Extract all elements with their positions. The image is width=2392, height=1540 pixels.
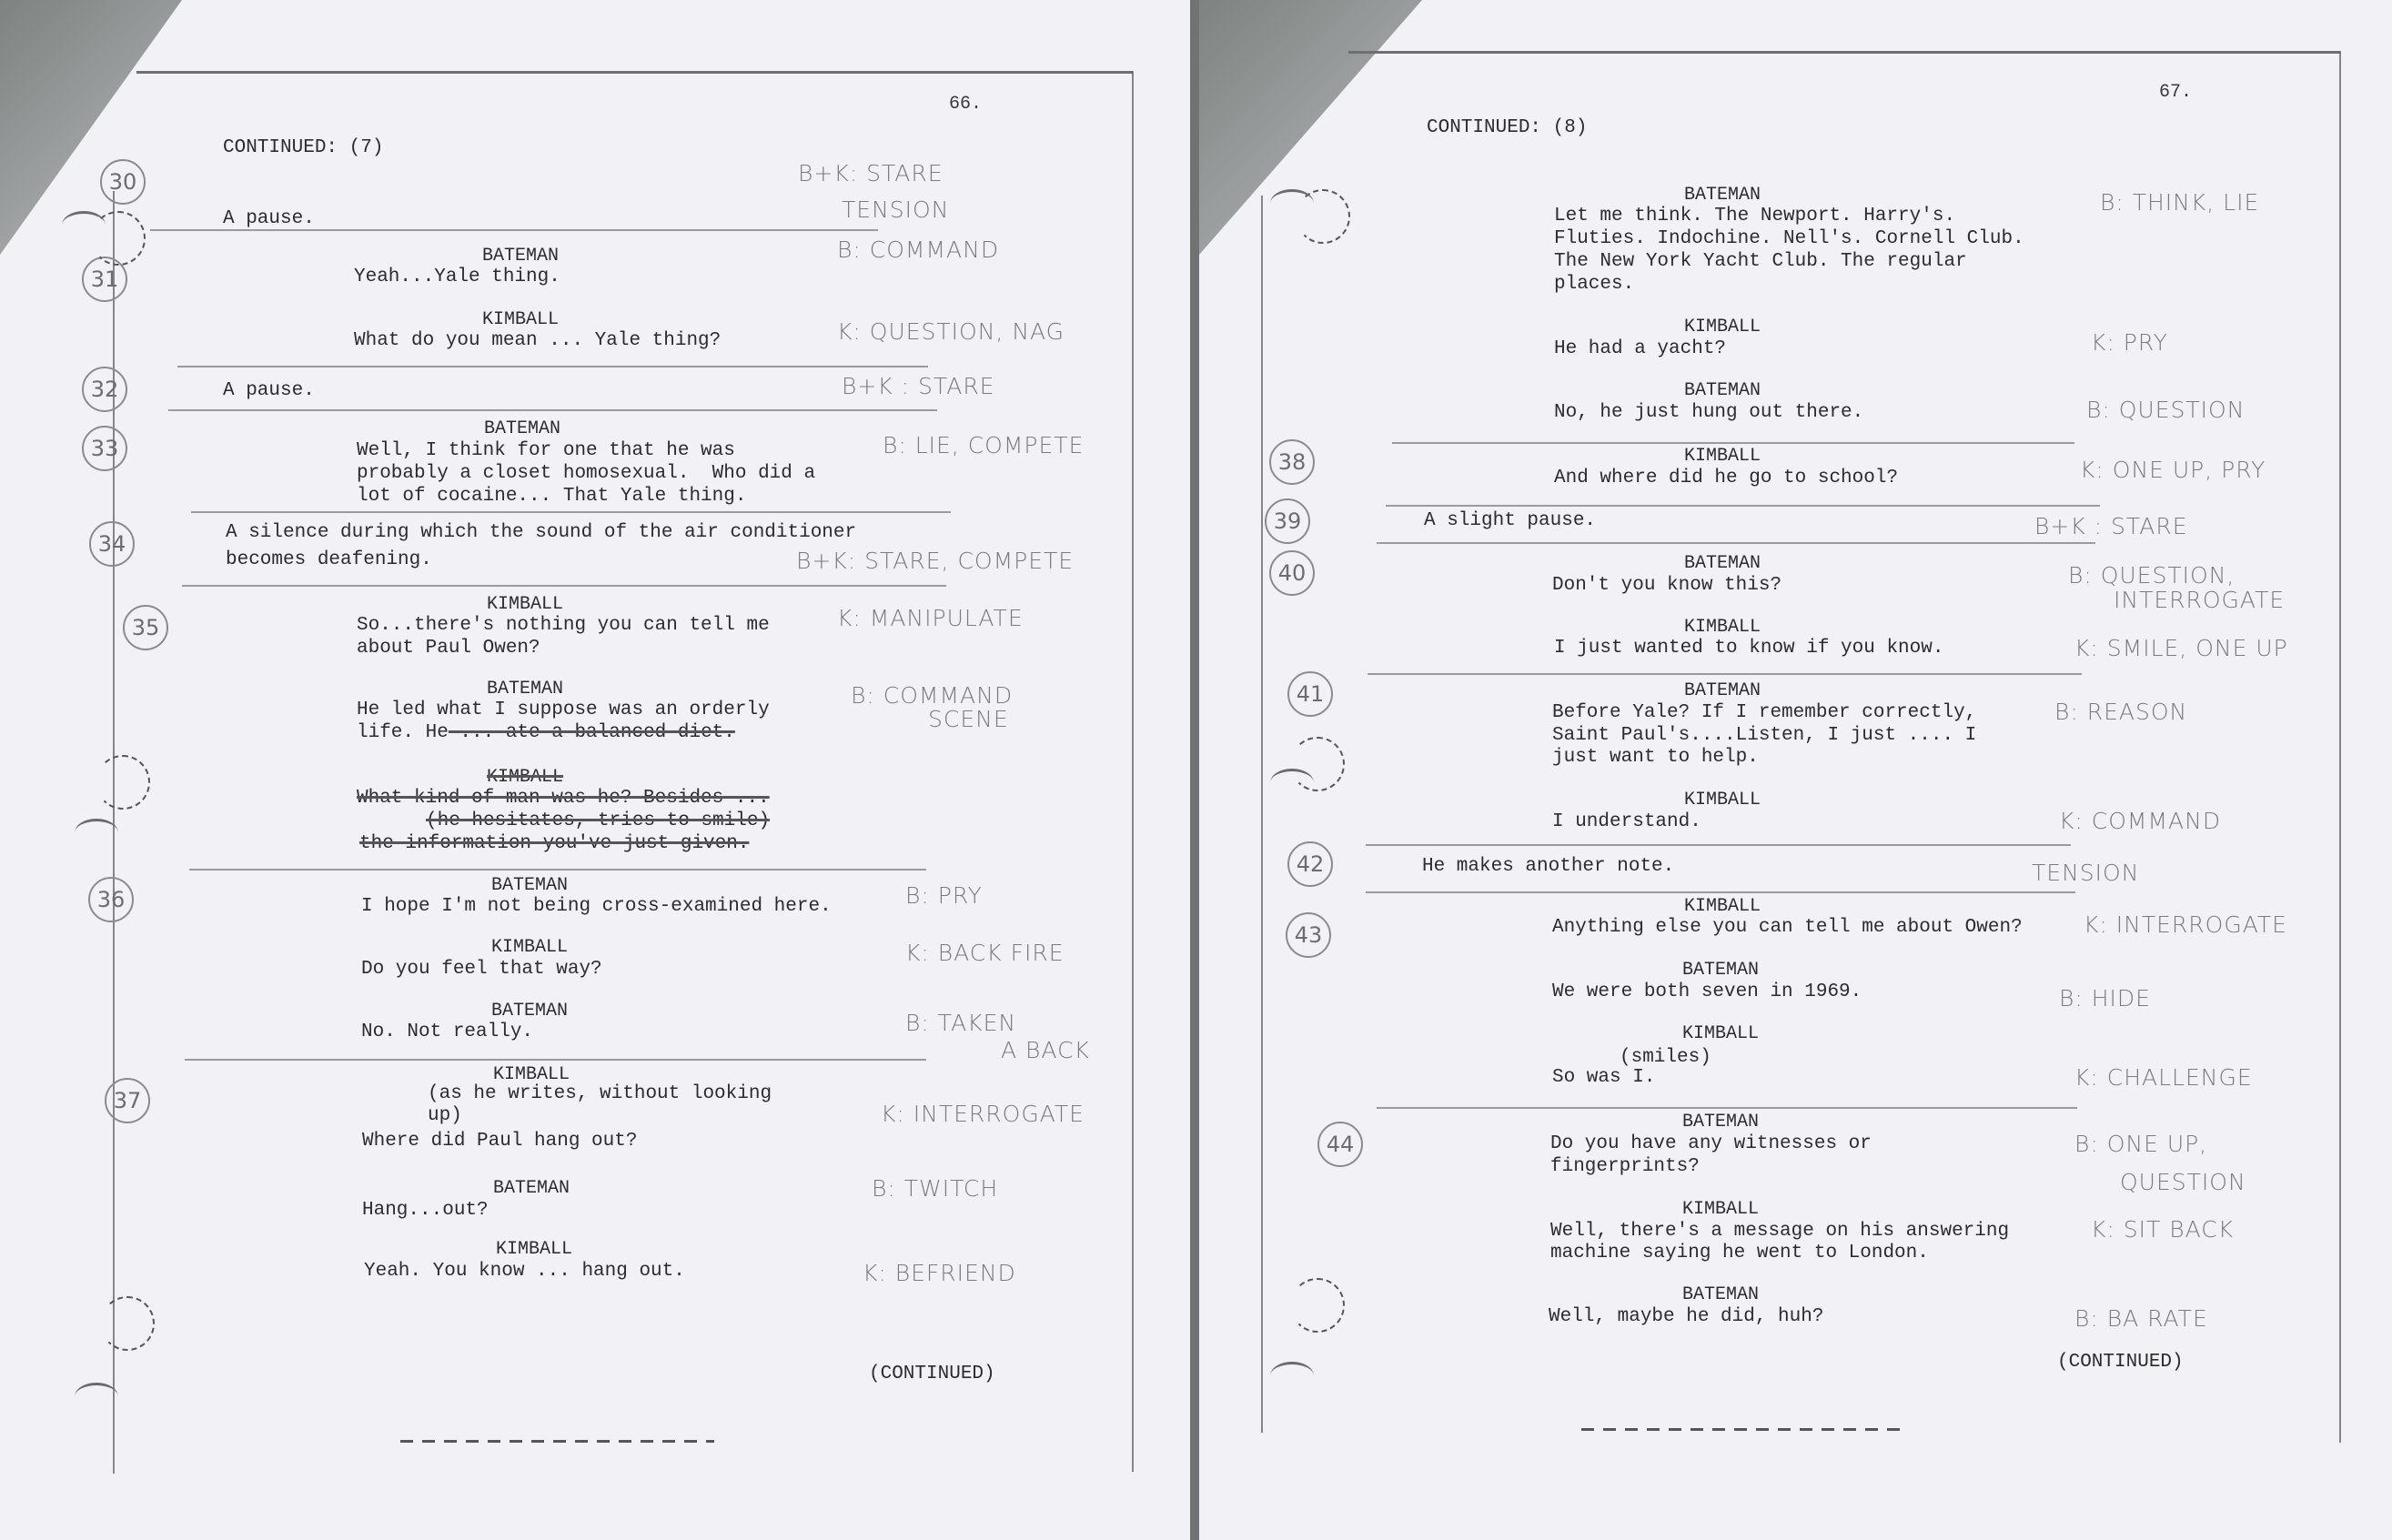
scene-number: 44 <box>1317 1122 1363 1167</box>
struck-dialogue-line: the information you've just given. <box>359 832 749 856</box>
page-number: 67. <box>2159 82 2192 103</box>
divider <box>191 511 951 513</box>
page-left-border <box>1261 196 1263 1433</box>
character-name: BATEMAN <box>484 418 560 439</box>
action-line: He makes another note. <box>1422 855 1674 879</box>
page-top-border <box>1348 51 2340 54</box>
annotation: K: COMMAND <box>2059 808 2221 834</box>
dialogue-line: places. <box>1554 273 1634 297</box>
action-line: A pause. <box>223 207 315 231</box>
divider <box>1386 505 2100 507</box>
annotation: B: BA RATE <box>2074 1305 2208 1332</box>
character-name: BATEMAN <box>482 246 559 267</box>
scene-number: 32 <box>82 367 127 412</box>
dialogue-line: Do you feel that way? <box>361 958 602 981</box>
action-line: becomes deafening. <box>226 549 432 572</box>
character-name: BATEMAN <box>1682 1284 1759 1305</box>
annotation: B: COMMAND <box>851 682 1013 709</box>
divider <box>189 869 926 871</box>
dialogue-line: I understand. <box>1552 810 1701 834</box>
divider <box>1392 442 2074 444</box>
annotation: B: QUESTION, <box>2068 562 2235 589</box>
dialogue-line: So...there's nothing you can tell me <box>357 614 770 638</box>
annotation: B: THINK, LIE <box>2100 189 2259 216</box>
annotation: K: SIT BACK <box>2091 1216 2234 1243</box>
binder-hole-arc-icon <box>75 1383 118 1411</box>
scene-number: 30 <box>100 159 146 205</box>
binder-hole-icon <box>96 755 150 810</box>
dialogue-line: Well, there's a message on his answering <box>1550 1220 2009 1243</box>
character-name: KIMBALL <box>1684 790 1761 810</box>
dialogue-line: machine saying he went to London. <box>1550 1242 1929 1265</box>
divider <box>185 1059 926 1061</box>
binder-hole-icon <box>100 1296 155 1351</box>
annotation: TENSION <box>842 196 949 223</box>
action-line: A silence during which the sound of the … <box>226 521 856 545</box>
annotation: K: PRY <box>2091 329 2168 356</box>
binder-hole-arc-icon <box>1270 189 1314 217</box>
divider <box>182 585 946 587</box>
script-page-67: 67. CONTINUED: (8) 38 39 40 41 42 43 44 … <box>1199 0 2392 1540</box>
character-name: BATEMAN <box>1684 380 1761 401</box>
footer-artifact <box>400 1440 714 1443</box>
annotation: K: ONE UP, PRY <box>2080 457 2266 483</box>
page-gutter <box>1190 0 1199 1540</box>
annotation: B: REASON <box>2054 699 2187 725</box>
character-name: KIMBALL <box>496 1239 572 1260</box>
scene-number: 39 <box>1265 498 1310 544</box>
divider <box>1366 844 2071 846</box>
annotation: K: INTERROGATE <box>881 1101 1085 1127</box>
dialogue-line: lot of cocaine... That Yale thing. <box>357 485 746 508</box>
script-page-66: 66. CONTINUED: (7) 30 31 32 33 34 35 36 … <box>0 0 1190 1540</box>
page-top-border <box>136 71 1133 74</box>
annotation: B: ONE UP, <box>2074 1131 2207 1157</box>
character-name: KIMBALL <box>491 937 568 958</box>
character-name: BATEMAN <box>491 1001 568 1022</box>
annotation: B: HIDE <box>2059 985 2151 1012</box>
scene-number: 34 <box>89 521 135 567</box>
scene-number: 40 <box>1269 550 1315 596</box>
dialogue-line: He had a yacht? <box>1554 337 1726 361</box>
scene-number: 41 <box>1287 671 1333 717</box>
dialogue-line: No, he just hung out there. <box>1554 401 1863 425</box>
character-name: BATEMAN <box>1684 680 1761 701</box>
dialogue-line: Saint Paul's....Listen, I just .... I <box>1552 724 1976 748</box>
continued-header: CONTINUED: (7) <box>223 136 383 160</box>
dialogue-line: Don't you know this? <box>1552 574 1781 598</box>
annotation: SCENE <box>928 706 1009 732</box>
dialogue-line: just want to help. <box>1552 746 1759 770</box>
annotation: K: BACK FIRE <box>905 940 1065 966</box>
dialogue-line: No. Not really. <box>361 1021 533 1044</box>
dialogue-line: The New York Yacht Club. The regular <box>1554 250 1967 274</box>
annotation: B+K : STARE <box>842 373 995 399</box>
dialogue-line: He led what I suppose was an orderly <box>357 699 770 722</box>
scene-number: 33 <box>82 426 127 471</box>
page-right-border <box>2339 51 2341 1443</box>
annotation: K: SMILE, ONE UP <box>2074 635 2288 661</box>
struck-parenthetical: (he hesitates, tries to smile) <box>426 810 770 833</box>
dialogue-line: Before Yale? If I remember correctly, <box>1552 701 1976 725</box>
dialogue-line: So was I. <box>1552 1066 1655 1090</box>
continued-footer: (CONTINUED) <box>2057 1351 2184 1374</box>
action-line: A pause. <box>223 379 315 403</box>
character-name: KIMBALL <box>1682 1023 1759 1044</box>
divider <box>177 366 928 367</box>
character-name: BATEMAN <box>1684 553 1761 574</box>
divider <box>1366 891 2075 893</box>
scene-number: 35 <box>123 605 168 650</box>
character-name: BATEMAN <box>1682 1112 1759 1132</box>
divider <box>1377 1107 2077 1109</box>
struck-text: ... ate a balanced diet. <box>449 722 735 743</box>
binder-hole-arc-icon <box>62 211 106 239</box>
dialogue-line: Anything else you can tell me about Owen… <box>1552 916 2023 940</box>
dialogue-line: Do you have any witnesses or <box>1550 1132 1872 1156</box>
divider <box>168 409 937 411</box>
character-name: BATEMAN <box>1684 185 1761 206</box>
annotation: B+K: STARE, COMPETE <box>796 548 1074 574</box>
annotation: B+K: STARE <box>798 160 944 186</box>
dialogue-line: Fluties. Indochine. Nell's. Cornell Club… <box>1554 227 2024 251</box>
character-name: KIMBALL <box>1684 896 1761 917</box>
character-name: KIMBALL <box>487 594 563 615</box>
divider <box>1368 673 2082 675</box>
parenthetical: up) <box>428 1104 462 1128</box>
divider <box>1377 542 2095 544</box>
scene-number: 43 <box>1286 912 1331 958</box>
scene-number: 38 <box>1269 439 1315 485</box>
divider <box>150 229 878 231</box>
annotation: K: BEFRIEND <box>863 1260 1016 1286</box>
dialogue-line: I hope I'm not being cross-examined here… <box>361 895 832 919</box>
annotation: B: TWITCH <box>872 1175 998 1202</box>
dialogue-line: fingerprints? <box>1550 1155 1700 1179</box>
character-name: KIMBALL <box>487 767 563 788</box>
continued-footer: (CONTINUED) <box>869 1363 995 1386</box>
character-name: KIMBALL <box>1684 446 1761 467</box>
dialogue-line: I just wanted to know if you know. <box>1554 637 1943 660</box>
struck-dialogue-line: What kind of man was he? Besides ... <box>357 787 770 810</box>
dialogue-line: Yeah. You know ... hang out. <box>364 1260 685 1283</box>
character-name: BATEMAN <box>487 679 563 700</box>
dialogue-line: Let me think. The Newport. Harry's. <box>1554 205 1955 228</box>
annotation: A BACK <box>1001 1037 1090 1063</box>
scene-number: 36 <box>88 877 134 922</box>
binder-hole-arc-icon <box>1270 769 1314 797</box>
annotation: QUESTION <box>2120 1169 2246 1195</box>
dialogue-line: What do you mean ... Yale thing? <box>354 329 721 353</box>
page-right-border <box>1132 71 1134 1472</box>
character-name: BATEMAN <box>493 1178 570 1199</box>
parenthetical: (as he writes, without looking <box>428 1082 772 1106</box>
annotation: B: LIE, COMPETE <box>883 432 1084 458</box>
dialogue-line: Well, I think for one that he was <box>357 439 735 463</box>
character-name: KIMBALL <box>1682 1199 1759 1220</box>
binder-hole-arc-icon <box>1270 1362 1314 1390</box>
dialogue-line: about Paul Owen? <box>357 637 540 660</box>
footer-artifact <box>1581 1428 1900 1431</box>
character-name: BATEMAN <box>491 875 568 896</box>
annotation: K: INTERROGATE <box>2084 911 2287 938</box>
dialogue-line: probably a closet homosexual. Who did a <box>357 462 815 486</box>
binder-hole-arc-icon <box>75 819 118 847</box>
scene-number: 42 <box>1287 841 1333 887</box>
annotation: INTERROGATE <box>2114 587 2285 613</box>
annotation: K: QUESTION, NAG <box>837 318 1065 345</box>
annotation: B: QUESTION <box>2086 397 2245 423</box>
annotation: B: TAKEN <box>905 1010 1016 1036</box>
dialogue-line: Where did Paul hang out? <box>362 1130 637 1153</box>
character-name: KIMBALL <box>482 309 559 330</box>
dialogue-line: Yeah...Yale thing. <box>354 266 560 289</box>
dialogue-line: We were both seven in 1969. <box>1552 981 1862 1004</box>
annotation: K: MANIPULATE <box>837 605 1024 631</box>
binder-hole-icon <box>1290 1278 1345 1333</box>
scene-number: 37 <box>105 1078 150 1123</box>
character-name: BATEMAN <box>1682 960 1759 981</box>
annotation: K: CHALLENGE <box>2074 1064 2253 1091</box>
character-name: KIMBALL <box>1684 617 1761 638</box>
page-number: 66. <box>949 94 982 115</box>
dialogue-line: life. He ... ate a balanced diet. <box>357 721 735 745</box>
annotation: B+K : STARE <box>2034 513 2188 539</box>
dialogue-line: And where did he go to school? <box>1554 467 1898 490</box>
annotation: B: PRY <box>905 882 983 909</box>
character-name: KIMBALL <box>1684 317 1761 337</box>
annotation: B: COMMAND <box>837 237 999 263</box>
continued-header: CONTINUED: (8) <box>1427 116 1587 140</box>
annotation: TENSION <box>2032 860 2139 886</box>
dialogue-line: Hang...out? <box>362 1199 489 1223</box>
dialogue-line: Well, maybe he did, huh? <box>1549 1305 1823 1329</box>
action-line: A slight pause. <box>1424 509 1596 533</box>
